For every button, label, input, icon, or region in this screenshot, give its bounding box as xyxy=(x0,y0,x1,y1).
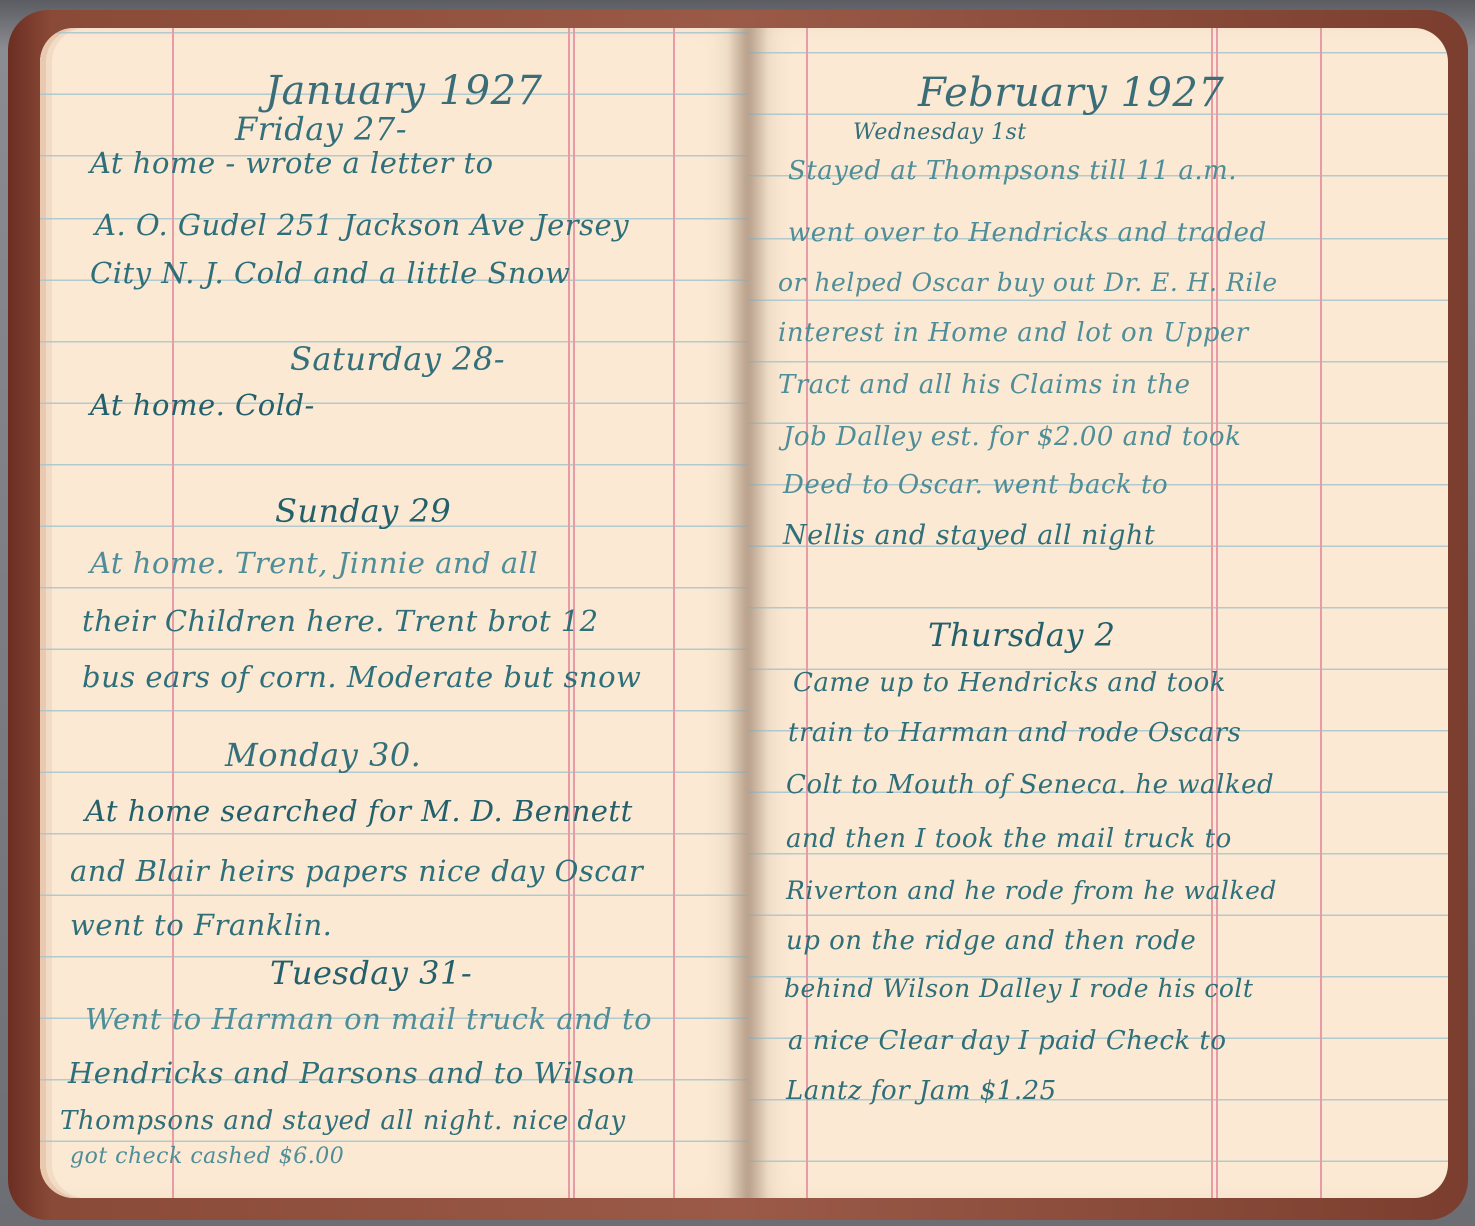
entry-line: Job Dalley est. for $2.00 and took xyxy=(783,422,1241,452)
entry-line: Lantz for Jam $1.25 xyxy=(786,1076,1057,1106)
entry-line: interest in Home and lot on Upper xyxy=(778,318,1249,348)
entry-line: Hendricks and Parsons and to Wilson xyxy=(68,1056,635,1090)
entry-day-heading: Tuesday 31- xyxy=(270,954,472,992)
entry-line: got check cashed $6.00 xyxy=(70,1144,344,1169)
entry-line: Deed to Oscar. went back to xyxy=(783,470,1168,500)
entry-line: At home. Trent, Jinnie and all xyxy=(90,546,538,580)
entry-line: Came up to Hendricks and took xyxy=(793,668,1226,698)
entry-line: a nice Clear day I paid Check to xyxy=(788,1026,1227,1056)
entry-line: Colt to Mouth of Seneca. he walked xyxy=(786,770,1274,800)
entry-day-heading: Sunday 29 xyxy=(275,492,451,530)
entry-line: and then I took the mail truck to xyxy=(786,824,1232,854)
entry-day-heading: Saturday 28- xyxy=(290,340,505,378)
entry-line: At home - wrote a letter to xyxy=(90,146,494,180)
entry-line: or helped Oscar buy out Dr. E. H. Rile xyxy=(778,268,1278,297)
right-page-february: February 1927 Wednesday 1st Stayed at Th… xyxy=(748,28,1448,1198)
entry-line: Nellis and stayed all night xyxy=(783,520,1155,551)
entry-line: City N. J. Cold and a little Snow xyxy=(90,256,570,290)
entry-day-heading: Monday 30. xyxy=(225,736,421,774)
entry-line: Went to Harman on mail truck and to xyxy=(85,1002,652,1036)
entry-line: up on the ridge and then rode xyxy=(786,926,1196,956)
entry-day-heading: Wednesday 1st xyxy=(853,120,1027,145)
entry-line: Thompsons and stayed all night. nice day xyxy=(60,1106,626,1136)
entry-line: went over to Hendricks and traded xyxy=(788,218,1267,248)
entry-line: At home searched for M. D. Bennett xyxy=(85,794,633,828)
entry-line: train to Harman and rode Oscars xyxy=(788,718,1241,748)
entry-day-heading: Friday 27- xyxy=(235,110,407,148)
entry-day-heading: Thursday 2 xyxy=(928,616,1115,654)
month-title: January 1927 xyxy=(265,68,542,114)
entry-line: Tract and all his Claims in the xyxy=(778,370,1190,400)
month-title: February 1927 xyxy=(918,70,1224,116)
entry-line: At home. Cold- xyxy=(90,388,315,422)
entry-line: Riverton and he rode from he walked xyxy=(786,876,1277,905)
entry-line: Stayed at Thompsons till 11 a.m. xyxy=(788,156,1237,186)
entry-line: their Children here. Trent brot 12 xyxy=(82,604,599,638)
entry-line: and Blair heirs papers nice day Oscar xyxy=(70,854,643,888)
entry-line: bus ears of corn. Moderate but snow xyxy=(82,660,641,694)
entry-line: A. O. Gudel 251 Jackson Ave Jersey xyxy=(95,208,629,242)
entry-line: went to Franklin. xyxy=(70,908,332,942)
left-page-january: January 1927 Friday 27- At home - wrote … xyxy=(40,28,748,1198)
entry-line: behind Wilson Dalley I rode his colt xyxy=(784,974,1253,1003)
